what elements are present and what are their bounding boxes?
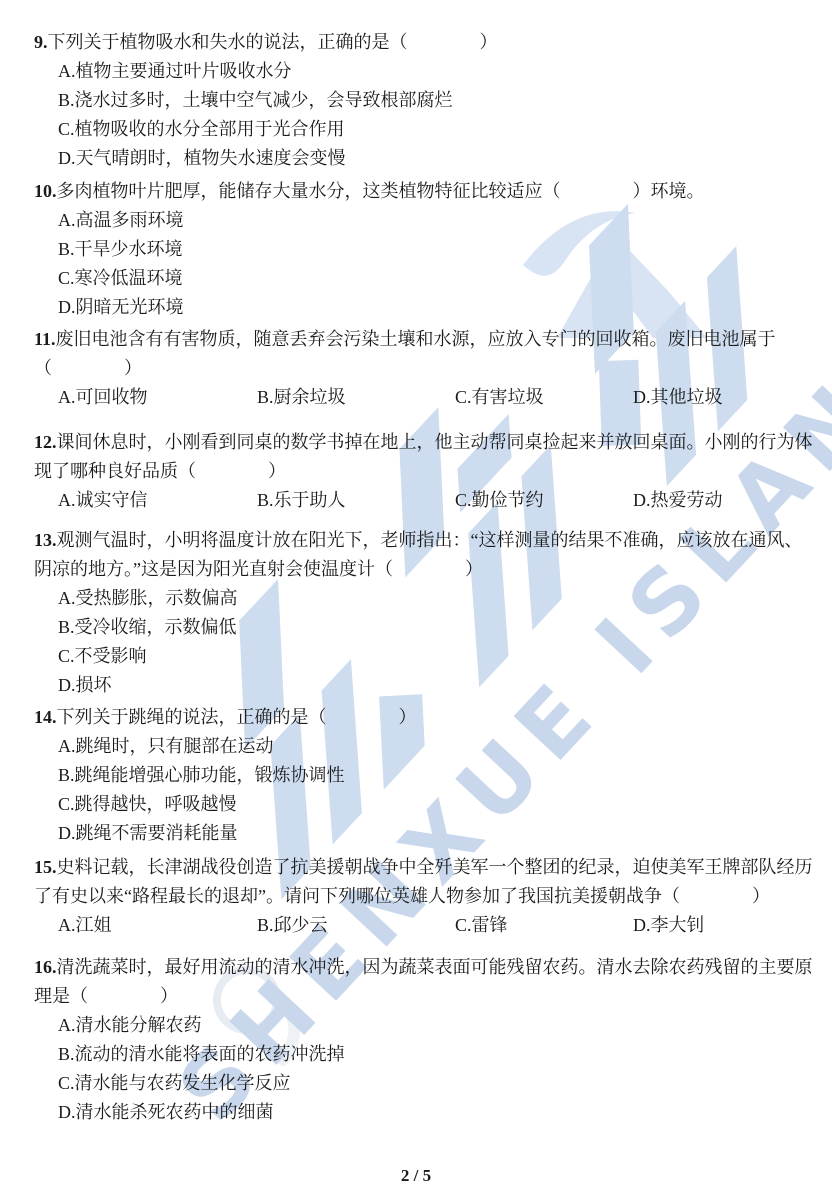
option-a: A.跳绳时，只有腿部在运动 — [58, 732, 804, 761]
question-13: 13.观测气温时，小明将温度计放在阳光下，老师指出：“这样测量的结果不准确，应该… — [34, 526, 804, 700]
option-a: A.植物主要通过叶片吸收水分 — [58, 57, 804, 86]
option-a: A.可回收物 — [58, 383, 148, 412]
question-number: 9. — [34, 32, 48, 52]
option-a: A.清水能分解农药 — [58, 1011, 804, 1040]
question-16: 16.清洗蔬菜时，最好用流动的清水冲洗，因为蔬菜表面可能残留农药。清水去除农药残… — [34, 953, 804, 1127]
question-number: 13. — [34, 530, 57, 550]
option-a: A.高温多雨环境 — [58, 206, 804, 235]
option-c: C.雷锋 — [455, 911, 508, 940]
option-b: B.跳绳能增强心肺功能，锻炼协调性 — [58, 761, 804, 790]
question-stem-line-2: 了有史以来“路程最长的退却”。请问下列哪位英雄人物参加了我国抗美援朝战争（ ） — [34, 882, 804, 911]
exam-page: SHENXUE ISLAND 9.下列关于植物吸水和失水的说法，正确的是（ ） … — [0, 0, 832, 1202]
question-stem-line-2: 阴凉的地方。”这是因为阳光直射会使温度计（ ） — [34, 555, 804, 584]
options-list: A.清水能分解农药 B.流动的清水能将表面的农药冲洗掉 C.清水能与农药发生化学… — [58, 1011, 804, 1127]
question-15: 15.史料记载，长津湖战役创造了抗美援朝战争中全歼美军一个整团的纪录，迫使美军王… — [34, 853, 804, 940]
options-list: A.受热膨胀，示数偏高 B.受冷收缩，示数偏低 C.不受影响 D.损坏 — [58, 584, 804, 700]
option-d: D.热爱劳动 — [633, 486, 723, 515]
option-d: D.跳绳不需要消耗能量 — [58, 819, 804, 848]
option-c: C.勤俭节约 — [455, 486, 544, 515]
option-c: C.寒冷低温环境 — [58, 264, 804, 293]
question-stem-line-2: 理是（ ） — [34, 982, 804, 1011]
option-c: C.不受影响 — [58, 642, 804, 671]
option-d: D.天气晴朗时，植物失水速度会变慢 — [58, 144, 804, 173]
option-c: C.跳得越快，呼吸越慢 — [58, 790, 804, 819]
question-stem: 14.下列关于跳绳的说法，正确的是（ ） — [34, 703, 804, 732]
question-number: 10. — [34, 181, 57, 201]
option-c: C.植物吸收的水分全部用于光合作用 — [58, 115, 804, 144]
option-b: B.受冷收缩，示数偏低 — [58, 613, 804, 642]
option-b: B.浇水过多时，土壤中空气减少，会导致根部腐烂 — [58, 86, 804, 115]
option-b: B.厨余垃圾 — [257, 383, 346, 412]
question-10: 10.多肉植物叶片肥厚，能储存大量水分，这类植物特征比较适应（ ）环境。 A.高… — [34, 177, 804, 322]
option-d: D.损坏 — [58, 671, 804, 700]
options-row: A.诚实守信 B.乐于助人 C.勤俭节约 D.热爱劳动 — [58, 486, 804, 515]
question-12: 12.课间休息时，小刚看到同桌的数学书掉在地上，他主动帮同桌捡起来并放回桌面。小… — [34, 428, 804, 515]
question-stem: 9.下列关于植物吸水和失水的说法，正确的是（ ） — [34, 28, 804, 57]
question-stem: 13.观测气温时，小明将温度计放在阳光下，老师指出：“这样测量的结果不准确，应该… — [34, 526, 804, 555]
option-b: B.流动的清水能将表面的农药冲洗掉 — [58, 1040, 804, 1069]
question-stem: 11.废旧电池含有有害物质，随意丢弃会污染土壤和水源，应放入专门的回收箱。废旧电… — [34, 325, 804, 354]
question-number: 14. — [34, 707, 57, 727]
question-number: 16. — [34, 957, 57, 977]
question-9: 9.下列关于植物吸水和失水的说法，正确的是（ ） A.植物主要通过叶片吸收水分 … — [34, 28, 804, 173]
question-number: 12. — [34, 432, 57, 452]
option-d: D.阴暗无光环境 — [58, 293, 804, 322]
option-d: D.清水能杀死农药中的细菌 — [58, 1098, 804, 1127]
option-a: A.诚实守信 — [58, 486, 148, 515]
question-number: 15. — [34, 857, 57, 877]
option-a: A.江姐 — [58, 911, 112, 940]
question-number: 11. — [34, 329, 56, 349]
option-c: C.有害垃圾 — [455, 383, 544, 412]
question-stem: 12.课间休息时，小刚看到同桌的数学书掉在地上，他主动帮同桌捡起来并放回桌面。小… — [34, 428, 804, 457]
options-list: A.跳绳时，只有腿部在运动 B.跳绳能增强心肺功能，锻炼协调性 C.跳得越快，呼… — [58, 732, 804, 848]
option-a: A.受热膨胀，示数偏高 — [58, 584, 804, 613]
question-11: 11.废旧电池含有有害物质，随意丢弃会污染土壤和水源，应放入专门的回收箱。废旧电… — [34, 325, 804, 412]
option-d: D.其他垃圾 — [633, 383, 723, 412]
option-b: B.干旱少水环境 — [58, 235, 804, 264]
option-b: B.邱少云 — [257, 911, 328, 940]
options-list: A.高温多雨环境 B.干旱少水环境 C.寒冷低温环境 D.阴暗无光环境 — [58, 206, 804, 322]
question-14: 14.下列关于跳绳的说法，正确的是（ ） A.跳绳时，只有腿部在运动 B.跳绳能… — [34, 703, 804, 848]
question-stem: 15.史料记载，长津湖战役创造了抗美援朝战争中全歼美军一个整团的纪录，迫使美军王… — [34, 853, 804, 882]
option-c: C.清水能与农药发生化学反应 — [58, 1069, 804, 1098]
question-stem: 10.多肉植物叶片肥厚，能储存大量水分，这类植物特征比较适应（ ）环境。 — [34, 177, 804, 206]
option-d: D.李大钊 — [633, 911, 705, 940]
options-row: A.江姐 B.邱少云 C.雷锋 D.李大钊 — [58, 911, 804, 940]
question-stem: 16.清洗蔬菜时，最好用流动的清水冲洗，因为蔬菜表面可能残留农药。清水去除农药残… — [34, 953, 804, 982]
options-list: A.植物主要通过叶片吸收水分 B.浇水过多时，土壤中空气减少，会导致根部腐烂 C… — [58, 57, 804, 173]
option-b: B.乐于助人 — [257, 486, 346, 515]
page-number: 2 / 5 — [0, 1166, 832, 1186]
question-stem-line-2: （ ） — [34, 354, 804, 383]
question-stem-line-2: 现了哪种良好品质（ ） — [34, 457, 804, 486]
options-row: A.可回收物 B.厨余垃圾 C.有害垃圾 D.其他垃圾 — [58, 383, 804, 412]
